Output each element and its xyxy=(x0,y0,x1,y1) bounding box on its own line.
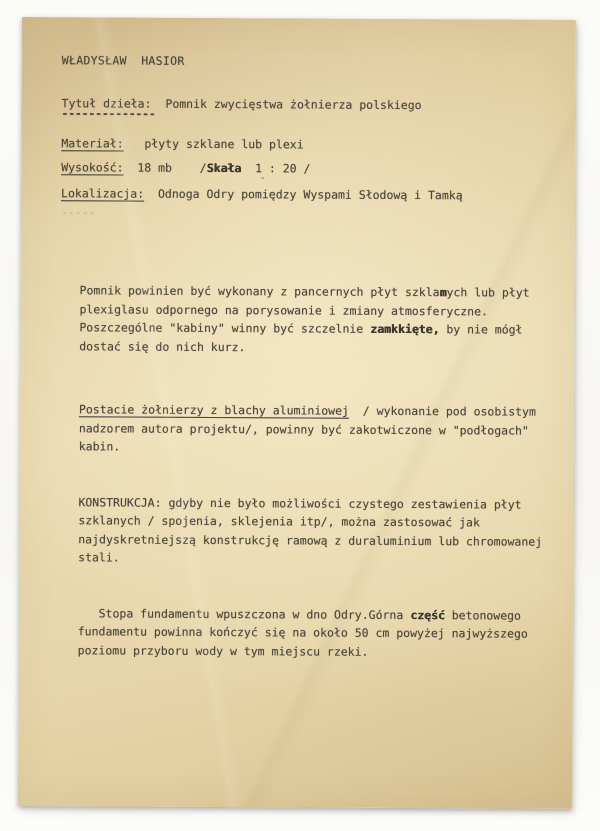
scale-open: / xyxy=(172,161,207,175)
material-value: płyty szklane lub plexi xyxy=(124,137,304,152)
overstruck-word: zamkkięte, xyxy=(370,322,439,336)
height-line: Wysokość: 18 mb /Skała 1 : 20 / xyxy=(61,158,310,178)
title-value: Pomnik zwycięstwa żołnierza polskiego xyxy=(165,97,421,112)
ghost-impression-mark: ----- xyxy=(61,203,96,222)
paragraph-text: Pomnik powinien być wykonany z pancernyc… xyxy=(80,283,440,299)
title-dashed-underline: -------------- xyxy=(61,104,155,123)
scan-background: WŁADYSŁAW HASIOR Tytuł dzieła: Pomnik zw… xyxy=(0,0,600,831)
body-text: Pomnik powinien być wykonany z pancernyc… xyxy=(77,244,569,699)
paragraph-text: Stopa fundamentu wpuszczona w dno Odry.G… xyxy=(78,606,410,622)
material-label: Materiał: xyxy=(61,136,123,150)
paragraph-foundation: Stopa fundamentu wpuszczona w dno Odry.G… xyxy=(78,604,568,662)
scale-word: Skała xyxy=(207,161,242,175)
document-page: WŁADYSŁAW HASIOR Tytuł dzieła: Pomnik zw… xyxy=(18,17,576,809)
paragraph-figures: Postacie żołnierzy z blachy aluminiowej … xyxy=(79,400,569,458)
author-line: WŁADYSŁAW HASIOR xyxy=(62,51,185,70)
location-value: Odnoga Odry pomiędzy Wyspami Słodową i T… xyxy=(144,187,463,203)
location-line: Lokalizacja: Odnoga Odry pomiędzy Wyspam… xyxy=(61,184,463,205)
underlined-phrase: Postacie żołnierzy z blachy aluminiowej xyxy=(79,402,349,417)
height-label: Wysokość: xyxy=(61,160,123,174)
scale-value: 1 : 20 / xyxy=(241,161,310,175)
overstruck-word: część xyxy=(410,608,445,622)
material-line: Materiał: płyty szklane lub plexi xyxy=(61,134,303,154)
stray-type-mark: - xyxy=(259,168,266,187)
location-label: Lokalizacja: xyxy=(61,186,144,200)
paragraph-construction: KONSTRUKCJA: gdyby nie było możliwości c… xyxy=(78,493,568,570)
height-value: 18 mb xyxy=(123,161,172,175)
paragraph-materials: Pomnik powinien być wykonany z pancernyc… xyxy=(79,281,569,358)
